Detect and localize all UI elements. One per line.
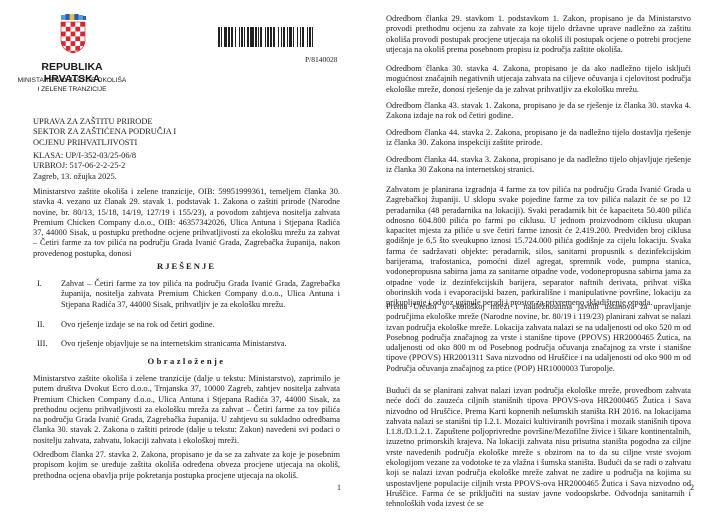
page-number: 2 <box>690 483 694 492</box>
ministry-line-2: I ZELENE TRANZICIJE <box>17 85 127 94</box>
reasoning-paragraph: Odredbom članka 27. stavka 2. Zakona, pr… <box>33 450 340 481</box>
decision-item-number: III. <box>37 339 47 349</box>
paragraph: Budući da se planirani zahvat nalazi izv… <box>386 386 691 510</box>
document-page-1: REPUBLIKA HRVATSKA MINISTARSTVO ZAŠTITE … <box>0 0 358 514</box>
decision-item-text: Ovo rješenje objavljuje se na internetsk… <box>61 339 340 349</box>
decision-item-text: Zahvat – Četiri farme za tov pilića na p… <box>61 279 340 310</box>
paragraph: Odredbom članka 43. stavak 1. Zakona, pr… <box>386 101 691 122</box>
decision-item-number: I. <box>37 279 42 289</box>
paragraph: Odredbom članka 44. stavka 3. Zakona, pr… <box>386 155 691 176</box>
decision-item-number: II. <box>37 320 45 330</box>
decision-heading: RJEŠENJE <box>33 261 340 271</box>
barcode-number: P/8140028 <box>305 55 338 64</box>
document-page-2: Odredbom članka 29. stavkom 1. podstavko… <box>358 0 717 514</box>
urbroj: URBROJ: 517-06-2-2-25-2 <box>33 161 136 171</box>
ministry-name: MINISTARSTVO ZAŠTITE OKOLIŠA I ZELENE TR… <box>17 76 127 94</box>
intro-paragraph: Ministarstvo zaštite okoliša i zelene tr… <box>33 187 340 259</box>
decision-item-text: Ovo rješenje izdaje se na rok od četiri … <box>61 320 340 330</box>
reference-block: KLASA: UP/I-352-03/25-06/8 URBROJ: 517-0… <box>33 151 136 182</box>
paragraph: Prema Uredbi o ekološkoj mreži i nadležn… <box>386 302 691 374</box>
paragraph: Odredbom članka 44. stavka 2. Zakona, pr… <box>386 128 691 149</box>
decision-item: I. Zahvat – Četiri farme za tov pilića n… <box>33 279 340 311</box>
department-line-1: UPRAVA ZA ZAŠTITU PRIRODE <box>33 117 176 127</box>
paragraph: Odredbom članka 30. stavka 4. Zakona, pr… <box>386 64 691 95</box>
croatian-coat-of-arms-icon <box>60 14 86 54</box>
reasoning-heading: Obrazloženje <box>33 356 340 366</box>
department-line-2: SEKTOR ZA ZAŠTIĆENA PODRUČJA I <box>33 127 176 137</box>
paragraph: Zahvatom je planirana izgradnja 4 farme … <box>386 185 691 309</box>
paragraph: Odredbom članka 29. stavkom 1. podstavko… <box>386 14 691 55</box>
page-number: 1 <box>337 483 341 492</box>
date: Zagreb, 13. ožujka 2025. <box>33 172 136 182</box>
barcode <box>218 27 343 47</box>
department-block: UPRAVA ZA ZAŠTITU PRIRODE SEKTOR ZA ZAŠT… <box>33 117 176 148</box>
department-line-3: OCJENU PRIHVATLJIVOSTI <box>33 138 176 148</box>
ministry-line-1: MINISTARSTVO ZAŠTITE OKOLIŠA <box>17 76 127 85</box>
klasa: KLASA: UP/I-352-03/25-06/8 <box>33 151 136 161</box>
reasoning-paragraph: Ministarstvo zaštite okoliša i zelene tr… <box>33 374 340 446</box>
